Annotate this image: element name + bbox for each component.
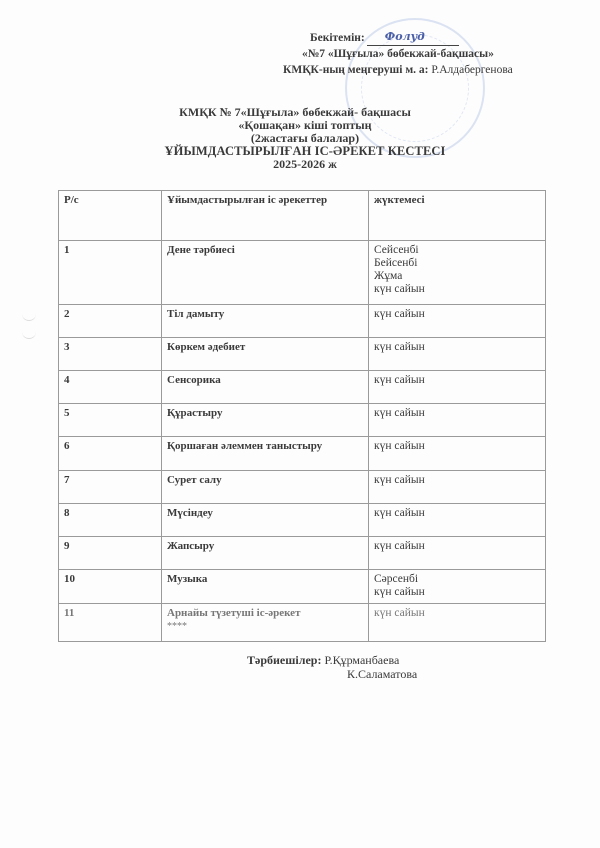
column-header-activity: Ұйымдастырылған іс әрекеттер bbox=[162, 191, 369, 241]
teacher-name: К.Саламатова bbox=[347, 667, 417, 681]
teacher-name: Р.Құрманбаева bbox=[324, 653, 399, 667]
activity-load: күн сайын bbox=[369, 371, 546, 404]
activity-load: күн сайын bbox=[369, 437, 546, 471]
row-number: 11 bbox=[59, 604, 162, 642]
activity-load: күн сайын bbox=[369, 404, 546, 437]
activity-load: Сәрсенбікүн сайын bbox=[369, 570, 546, 604]
table-row: 4Сенсорикакүн сайын bbox=[59, 371, 546, 404]
table-row: 7Сурет салукүн сайын bbox=[59, 471, 546, 504]
activity-name: Сенсорика bbox=[162, 371, 369, 404]
activity-name: Қоршаған әлеммен таныстыру bbox=[162, 437, 369, 471]
table-row: 8Мүсіндеукүн сайын bbox=[59, 504, 546, 537]
row-number: 4 bbox=[59, 371, 162, 404]
activity-label: Жапсыру bbox=[167, 540, 214, 552]
table-row: 3Көркем әдебиеткүн сайын bbox=[59, 338, 546, 371]
row-number: 7 bbox=[59, 471, 162, 504]
activity-label: Сенсорика bbox=[167, 374, 221, 386]
row-number: 5 bbox=[59, 404, 162, 437]
activity-note: **** bbox=[167, 621, 187, 632]
signature: Фолуд bbox=[367, 33, 459, 46]
activity-label: Арнайы түзетуші іс-әрекет bbox=[167, 607, 300, 619]
activity-label: Қоршаған әлеммен таныстыру bbox=[167, 440, 322, 452]
column-header-load: жүктемесі bbox=[369, 191, 546, 241]
approval-label: Бекітемін: bbox=[310, 32, 365, 44]
activity-name: Жапсыру bbox=[162, 537, 369, 570]
activity-label: Дене тәрбиесі bbox=[167, 244, 235, 256]
activity-load: СейсенбіБейсенбіЖұмакүн сайын bbox=[369, 241, 546, 305]
table-row: 5Құрастырукүн сайын bbox=[59, 404, 546, 437]
activity-name: Көркем әдебиет bbox=[162, 338, 369, 371]
activity-label: Мүсіндеу bbox=[167, 507, 213, 519]
row-number: 2 bbox=[59, 305, 162, 338]
row-number: 8 bbox=[59, 504, 162, 537]
activity-name: Құрастыру bbox=[162, 404, 369, 437]
teachers-label: Тәрбиешілер: bbox=[247, 653, 321, 667]
row-number: 9 bbox=[59, 537, 162, 570]
table-row: 9Жапсырукүн сайын bbox=[59, 537, 546, 570]
header-org: КМҚК № 7«Шұғыла» бөбекжай- бақшасы bbox=[130, 106, 460, 119]
table-row: 11Арнайы түзетуші іс-әрекет****күн сайын bbox=[59, 604, 546, 642]
approval-org: «№7 «Шұғыла» бөбекжай-бақшасы» bbox=[302, 46, 494, 62]
activity-label: Көркем әдебиет bbox=[167, 341, 245, 353]
table-row: 10МузыкаСәрсенбікүн сайын bbox=[59, 570, 546, 604]
activity-name: Арнайы түзетуші іс-әрекет**** bbox=[162, 604, 369, 642]
activity-name: Дене тәрбиесі bbox=[162, 241, 369, 305]
activity-label: Құрастыру bbox=[167, 407, 222, 419]
approval-manager: Р.Алдабергенова bbox=[431, 64, 512, 76]
schedule-table: Р/с Ұйымдастырылған іс әрекеттер жүктеме… bbox=[58, 190, 546, 642]
document-year: 2025-2026 ж bbox=[140, 158, 470, 171]
activity-label: Тіл дамыту bbox=[167, 308, 224, 320]
activity-load: күн сайын bbox=[369, 504, 546, 537]
activity-name: Сурет салу bbox=[162, 471, 369, 504]
column-header-num: Р/с bbox=[59, 191, 162, 241]
activity-load: күн сайын bbox=[369, 537, 546, 570]
activity-label: Сурет салу bbox=[167, 474, 222, 486]
document-header: КМҚК № 7«Шұғыла» бөбекжай- бақшасы «Қоша… bbox=[140, 106, 470, 171]
table-row: 6Қоршаған әлеммен таныстырукүн сайын bbox=[59, 437, 546, 471]
approval-position: КМҚК-ның меңгеруші м. а: bbox=[283, 64, 428, 76]
row-number: 6 bbox=[59, 437, 162, 471]
activity-load: күн сайын bbox=[369, 471, 546, 504]
activity-load: күн сайын bbox=[369, 604, 546, 642]
activity-load: күн сайын bbox=[369, 305, 546, 338]
teachers-block: Тәрбиешілер: Р.Құрманбаева К.Саламатова bbox=[247, 653, 399, 667]
table-row: 2Тіл дамытукүн сайын bbox=[59, 305, 546, 338]
row-number: 10 bbox=[59, 570, 162, 604]
table-header-row: Р/с Ұйымдастырылған іс әрекеттер жүктеме… bbox=[59, 191, 546, 241]
activity-load: күн сайын bbox=[369, 338, 546, 371]
activity-name: Мүсіндеу bbox=[162, 504, 369, 537]
activity-name: Музыка bbox=[162, 570, 369, 604]
table-row: 1Дене тәрбиесіСейсенбіБейсенбіЖұмакүн са… bbox=[59, 241, 546, 305]
activity-label: Музыка bbox=[167, 573, 207, 585]
activity-name: Тіл дамыту bbox=[162, 305, 369, 338]
row-number: 3 bbox=[59, 338, 162, 371]
row-number: 1 bbox=[59, 241, 162, 305]
